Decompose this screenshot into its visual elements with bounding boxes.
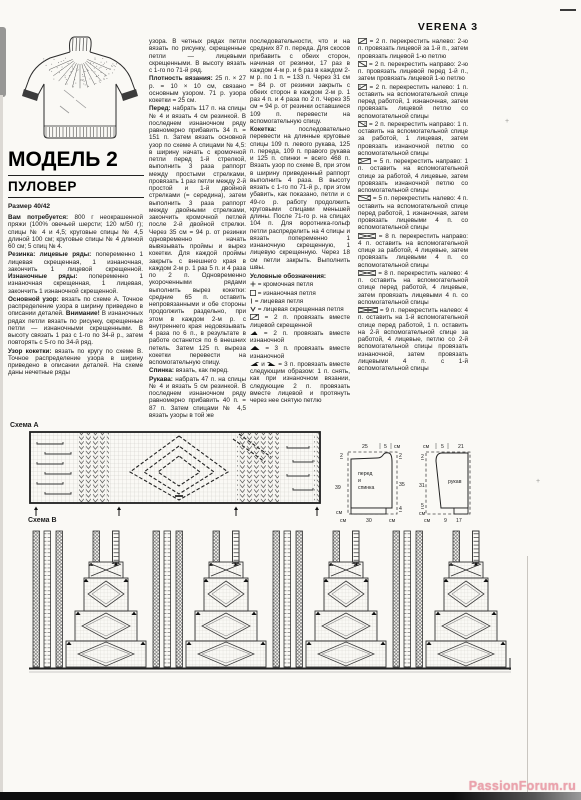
page-edge-artifact	[0, 27, 6, 97]
instructions-column-2: узора. В четных рядах петли вязать по ри…	[149, 38, 246, 420]
chart-b-label: Схема В	[28, 517, 57, 524]
legend-item: = лицевая петля	[250, 298, 350, 305]
paragraph: Перед: набрать 117 п. на спицы № 4 и вяз…	[149, 105, 246, 366]
cross-2-left-icon	[358, 38, 367, 44]
cross-8-left-icon	[358, 270, 376, 276]
schematic-front-back: передиспинка255см239см2354см30см	[334, 440, 412, 524]
p2tog-icon	[250, 330, 258, 336]
registration-mark: +	[505, 118, 509, 125]
cross-8-right-icon	[358, 233, 376, 239]
page-edge-strip	[0, 95, 3, 800]
instructions-column-1: Вам потребуется: 800 г неокрашенной пряж…	[8, 214, 143, 378]
cross-2-left-purl-icon	[358, 84, 367, 90]
legend-item: = лицевая скрещенная петля	[250, 306, 350, 313]
k2tog-tbl-icon	[250, 314, 259, 320]
svg-text:25: 25	[362, 444, 368, 450]
legend-item: = 2 п. перекрестить налево: 2-ю п. провя…	[358, 38, 468, 60]
svg-text:4: 4	[399, 506, 402, 512]
svg-text:см: см	[423, 444, 430, 450]
sl1-k2tog-psso-a-icon	[250, 361, 259, 367]
instructions-column-3: последовательности, что и на средних 87 …	[250, 38, 350, 405]
legend-item: = 8 п. перекрестить налево: 4 п. оставит…	[358, 270, 468, 306]
svg-text:и: и	[358, 478, 361, 484]
cross-2-right-purl-icon	[358, 121, 367, 127]
cross-9-left-icon	[358, 307, 378, 313]
svg-text:30: 30	[366, 518, 372, 524]
knitting-chart-b	[29, 528, 513, 678]
cross-5-right-icon	[358, 158, 371, 164]
paragraph: Вам потребуется: 800 г неокрашенной пряж…	[8, 214, 143, 250]
svg-text:см: см	[389, 518, 396, 524]
legend-item: = 2 п. провязать вместе лицевой скрещенн…	[250, 314, 350, 329]
svg-text:35: 35	[399, 482, 405, 488]
size-label: Размер 40/42	[8, 203, 50, 210]
paragraph: Плотность вязания: 25 п. × 27 р. = 10 × …	[149, 75, 246, 104]
paragraph: Узор кокетки: вязать по кругу по схеме В…	[8, 348, 143, 377]
svg-text:см: см	[424, 518, 431, 524]
legend-item: = 8 п. перекрестить направо: 4 п. остави…	[358, 233, 468, 269]
legend-item: = 2 п. провязать вместе изнаночной	[250, 330, 350, 345]
legend-item: = 5 п. перекрестить налево: 4 п. оставит…	[358, 195, 468, 231]
svg-text:см: см	[394, 444, 401, 450]
paragraph: последовательности, что и на средних 87 …	[250, 38, 350, 125]
garment-title: ПУЛОВЕР	[8, 179, 144, 194]
magazine-header: VERENA 3	[408, 21, 488, 33]
model-title: МОДЕЛЬ 2	[8, 148, 144, 172]
svg-text:17: 17	[456, 518, 462, 524]
watermark: PassionForum.ru	[440, 779, 576, 793]
sweater-illustration	[20, 34, 142, 150]
cross-2-right-icon	[358, 61, 367, 67]
cross-5-left-icon	[358, 195, 371, 201]
svg-text:5: 5	[421, 503, 424, 509]
legend-item: = 2 п. перекрестить направо: 2-ю п. пров…	[358, 61, 468, 83]
paragraph: Рукава: набрать 47 п. на спицы № 4 и вяз…	[149, 376, 246, 420]
legend-item: = 2 п. перекрестить налево: 1 п. оставит…	[358, 84, 468, 120]
schematic-sleeve: рукавсм5212315смсм917	[418, 440, 480, 524]
svg-text:2: 2	[399, 453, 402, 459]
svg-text:31: 31	[419, 483, 425, 489]
paragraph: Резинка: лицевые ряды: попеременно 1 лиц…	[8, 251, 143, 295]
registration-mark: +	[536, 478, 540, 485]
divider	[8, 175, 144, 176]
paragraph: узора. В четных рядах петли вязать по ри…	[149, 38, 246, 74]
paragraph: Кокетка: последовательно перевести на дл…	[250, 126, 350, 271]
sl1-k2tog-psso-b-icon	[267, 361, 276, 367]
legend-item: = изнаночная петля	[250, 290, 350, 297]
svg-text:рукав: рукав	[448, 479, 462, 485]
scan-fold-line	[527, 556, 528, 793]
chart-a-label: Схема А	[10, 422, 39, 429]
svg-text:перед: перед	[358, 471, 372, 477]
svg-text:5: 5	[384, 444, 387, 450]
crop-mark	[560, 9, 576, 11]
svg-text:9: 9	[444, 518, 447, 524]
divider	[8, 197, 144, 198]
magazine-page-scan: + + VERENA 3 МОДЕЛЬ 2 ПУЛОВЕР Размер 40/…	[0, 0, 581, 800]
svg-text:5: 5	[441, 444, 444, 450]
svg-text:21: 21	[458, 444, 464, 450]
svg-text:39: 39	[335, 485, 341, 491]
paragraph: Спинка: вязать, как перед.	[149, 367, 246, 374]
legend-item: = 5 п. перекрестить направо: 1 п. остави…	[358, 158, 468, 194]
legend-item: = 3 п. провязать вместе изнаночной	[250, 345, 350, 360]
symbol-legend-column: = 2 п. перекрестить налево: 2-ю п. провя…	[358, 38, 468, 373]
p3tog-icon	[250, 345, 260, 351]
svg-text:см: см	[336, 510, 343, 516]
svg-text:см: см	[340, 518, 347, 524]
knitting-chart-a	[29, 431, 323, 519]
svg-text:см: см	[419, 511, 426, 517]
page-bottom-bar	[0, 792, 581, 800]
legend-item: и = 3 п. провязать вместе следующим обра…	[250, 361, 350, 405]
legend-item: = 2 п. перекрестить направо: 1 п. остави…	[358, 121, 468, 157]
legend-item: = кромочная петля	[250, 281, 350, 288]
paragraph: Основной узор: вязать по схеме А. Точное…	[8, 296, 143, 347]
svg-text:спинка: спинка	[358, 485, 375, 491]
legend-item: = 9 п. перекрестить налево: 4 п. оставит…	[358, 307, 468, 372]
legend-title: Условные обозначения:	[250, 273, 350, 280]
svg-text:2: 2	[421, 454, 424, 460]
svg-text:2: 2	[340, 453, 343, 459]
